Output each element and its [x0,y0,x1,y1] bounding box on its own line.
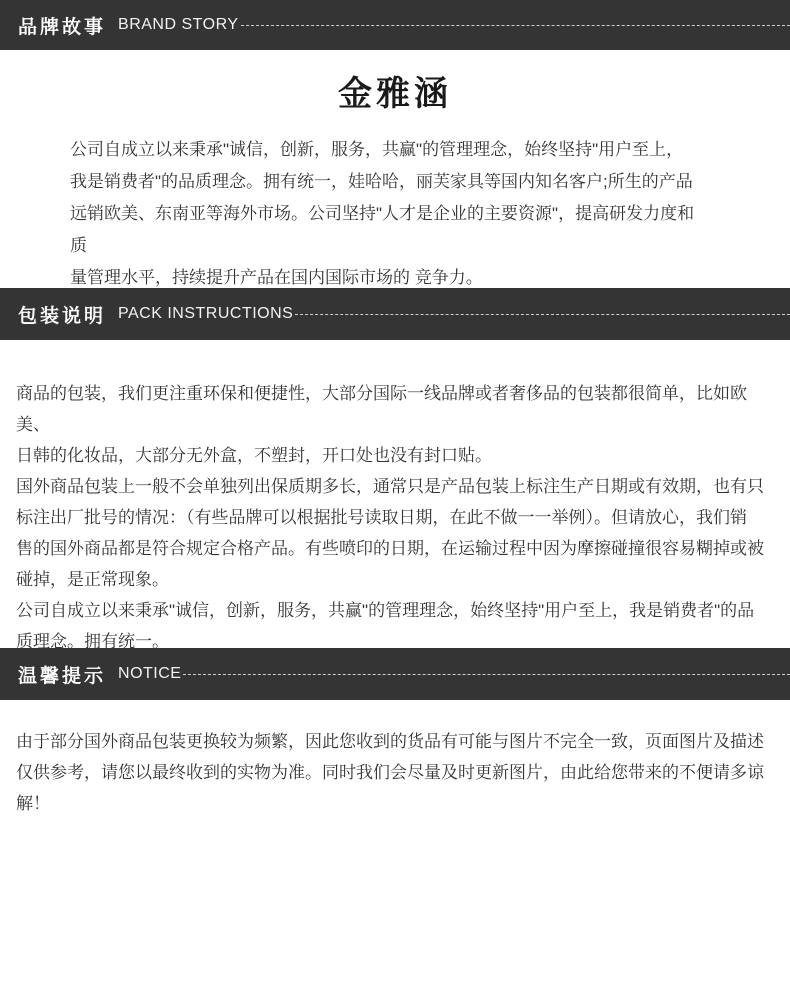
brand-story-paragraph: 公司自成立以来秉承"诚信，创新，服务，共赢"的管理理念，始终坚持"用户至上， 我… [70,134,710,294]
pack-instructions-paragraph-2: 国外商品包装上一般不会单独列出保质期多长，通常只是产品包装上标注生产日期或有效期… [16,471,774,595]
notice-section: 由于部分国外商品包装更换较为频繁，因此您收到的货品有可能与图片不完全一致，页面图… [0,700,790,819]
brand-story-header-bar: 品牌故事 BRAND STORY [0,0,790,50]
dashed-divider-line [295,314,790,315]
notice-paragraph: 由于部分国外商品包装更换较为频繁，因此您收到的货品有可能与图片不完全一致，页面图… [16,726,774,819]
pack-instructions-header-zh: 包装说明 [18,301,106,328]
brand-story-section: 金雅涵 公司自成立以来秉承"诚信，创新，服务，共赢"的管理理念，始终坚持"用户至… [0,50,790,288]
pack-instructions-header-bar: 包装说明 PACK INSTRUCTIONS [0,288,790,340]
brand-story-header-en: BRAND STORY [118,16,239,34]
dashed-divider-line [241,25,790,26]
dashed-divider-line [183,674,790,675]
pack-instructions-paragraph-1: 商品的包装，我们更注重环保和便捷性，大部分国际一线品牌或者奢侈品的包装都很简单，… [16,378,774,471]
pack-instructions-header-en: PACK INSTRUCTIONS [118,305,293,323]
notice-header-en: NOTICE [118,665,181,683]
notice-header-zh: 温馨提示 [18,661,106,688]
brand-story-header-zh: 品牌故事 [18,12,106,39]
brand-name-title: 金雅涵 [0,74,790,114]
pack-instructions-section: 商品的包装，我们更注重环保和便捷性，大部分国际一线品牌或者奢侈品的包装都很简单，… [0,340,790,648]
